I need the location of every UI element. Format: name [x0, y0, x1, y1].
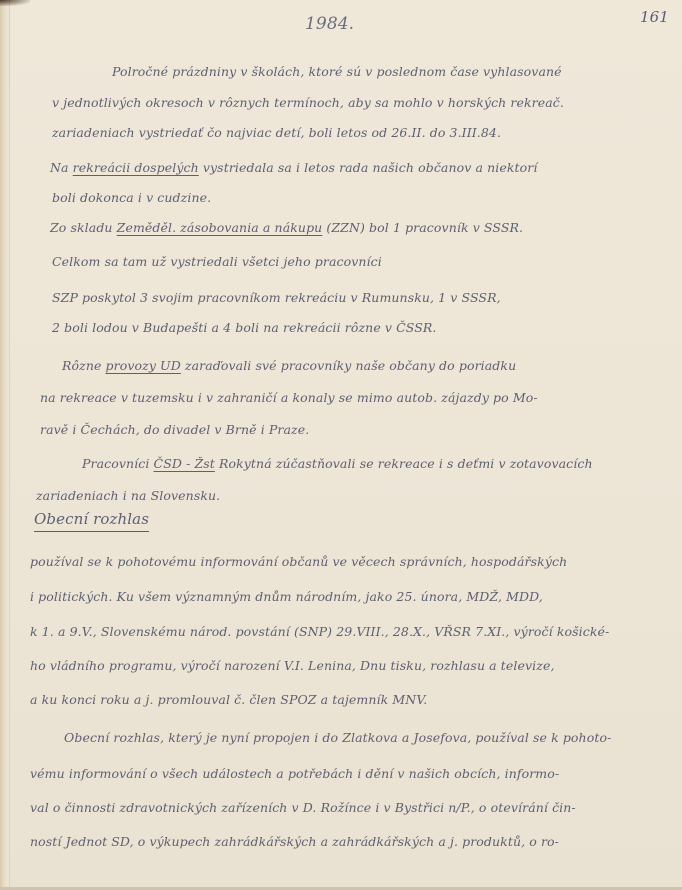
text-line: na rekreace v tuzemsku i v zahraničí a k…	[40, 392, 538, 405]
text-line: val o činnosti zdravotnických zařízeních…	[30, 802, 576, 815]
text-line: Zo skladu Zeměděl. zásobovania a nákupu …	[50, 222, 523, 235]
text-line: ností Jednot SD, o výkupech zahrádkářský…	[30, 836, 559, 849]
underlined-term: provozy UD	[106, 358, 181, 373]
text-line: Na rekreácii dospelých vystriedala sa i …	[50, 162, 537, 175]
text-span: vystriedala sa i letos rada našich občan…	[199, 160, 538, 175]
text-span: Pracovníci	[82, 456, 154, 471]
text-span: zaraďovali své pracovníky naše občany do…	[181, 358, 516, 373]
text-line: zariadeniach i na Slovensku.	[36, 490, 220, 503]
text-line: zariadeniach vystriedať čo najviac detí,…	[52, 127, 501, 140]
text-span: Rokytná zúčastňovali se rekreace i s deť…	[215, 456, 593, 471]
text-line: ho vládního programu, výročí narození V.…	[30, 660, 555, 673]
text-line: Obecní rozhlas, který je nyní propojen i…	[64, 732, 611, 745]
text-line: Rôzne provozy UD zaraďovali své pracovní…	[62, 360, 516, 373]
text-line: Polročné prázdniny v školách, ktoré sú v…	[112, 66, 562, 79]
text-line: i politických. Ku všem významným dnům ná…	[30, 591, 543, 604]
text-line: a ku konci roku a j. promlouval č. člen …	[30, 694, 427, 707]
text-line: ravě i Čechách, do divadel v Brně i Praz…	[40, 424, 309, 437]
text-span: (ZZN) bol 1 pracovník v SSSR.	[322, 220, 523, 235]
corner-shadow	[0, 0, 30, 6]
text-line: SZP poskytol 3 svojim pracovníkom rekreá…	[52, 292, 501, 305]
text-line: Pracovníci ČSD - Žst Rokytná zúčastňoval…	[82, 458, 593, 471]
underlined-term: ČSD - Žst	[154, 456, 215, 471]
page-number: 161	[640, 10, 669, 25]
page-binding-edge	[0, 0, 10, 890]
text-line: Celkom sa tam už vystriedali všetci jeho…	[52, 256, 382, 269]
underlined-term: rekreácii dospelých	[73, 160, 199, 175]
text-span: Na	[50, 160, 73, 175]
text-line: 2 boli lodou v Budapešti a 4 boli na rek…	[52, 322, 437, 335]
text-span: Zo skladu	[50, 220, 117, 235]
text-line: k 1. a 9.V., Slovenskému národ. povstání…	[30, 626, 609, 639]
text-span: Rôzne	[62, 358, 106, 373]
text-line: vému informování o všech událostech a po…	[30, 768, 559, 781]
underlined-term: Zeměděl. zásobovania a nákupu	[117, 220, 323, 235]
year-heading: 1984.	[305, 16, 354, 33]
chronicle-page: 1984. 161 Polročné prázdniny v školách, …	[0, 0, 682, 890]
text-line: boli dokonca i v cudzine.	[52, 192, 211, 205]
section-heading: Obecní rozhlas	[34, 512, 149, 532]
text-line: používal se k pohotovému informování obč…	[30, 556, 567, 569]
text-line: v jednotlivých okresoch v rôznych termín…	[52, 97, 564, 110]
